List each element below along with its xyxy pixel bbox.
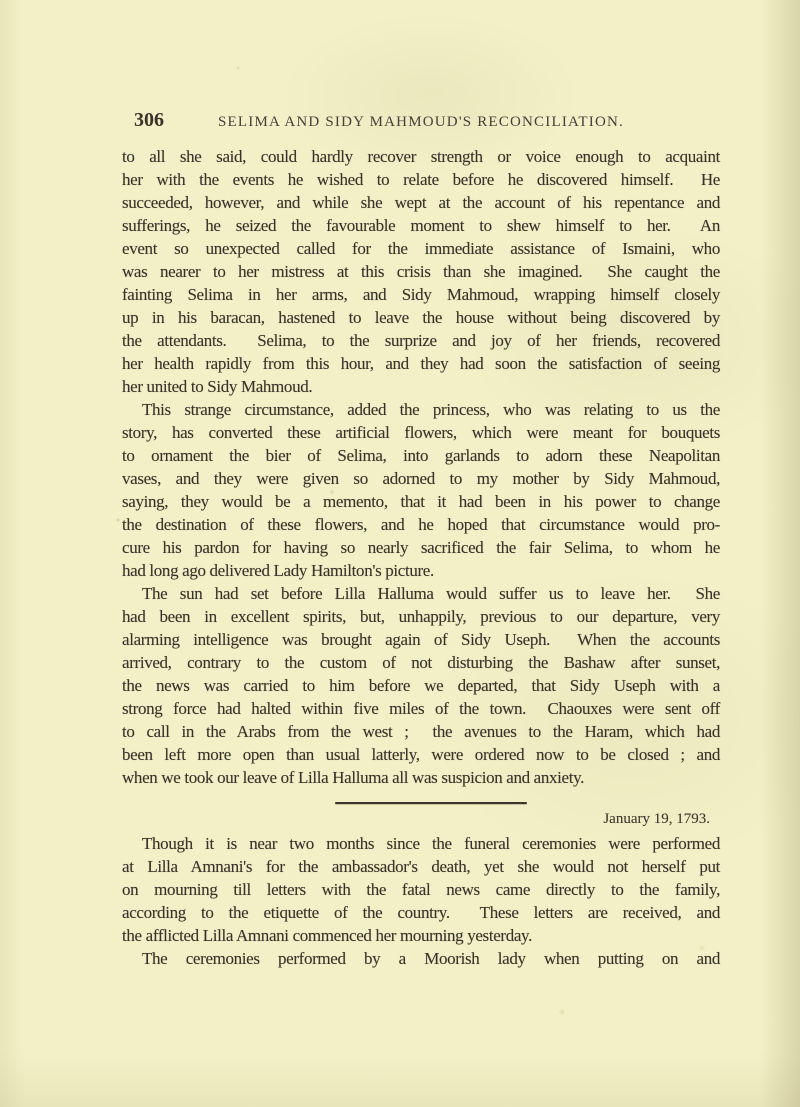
text-line: to call in the Arabs from the west ; the…	[122, 720, 720, 743]
text-line: Though it is near two months since the f…	[122, 832, 720, 855]
page-header: 306 SELIMA AND SIDY MAHMOUD'S RECONCILIA…	[122, 110, 720, 132]
body-text-lower: Though it is near two months since the f…	[122, 832, 720, 970]
text-line: at Lilla Amnani's for the ambassador's d…	[122, 855, 720, 878]
text-line: on mourning till letters with the fatal …	[122, 878, 720, 901]
section-divider-rule	[335, 802, 527, 804]
text-line: the destination of these flowers, and he…	[122, 513, 720, 536]
text-line: alarming intelligence was brought again …	[122, 628, 720, 651]
paragraph: to all she said, could hardly recover st…	[122, 145, 720, 398]
text-line: had been in excellent spirits, but, unha…	[122, 605, 720, 628]
running-header-title: SELIMA AND SIDY MAHMOUD'S RECONCILIATION…	[122, 110, 720, 130]
text-line: to all she said, could hardly recover st…	[122, 145, 720, 168]
text-line: succeeded, however, and while she wept a…	[122, 191, 720, 214]
text-line: arrived, contrary to the custom of not d…	[122, 651, 720, 674]
paragraph: This strange circumstance, added the pri…	[122, 398, 720, 582]
text-line: strong force had halted within five mile…	[122, 697, 720, 720]
paragraph: Though it is near two months since the f…	[122, 832, 720, 947]
text-line: event so unexpected called for the immed…	[122, 237, 720, 260]
text-line: when we took our leave of Lilla Halluma …	[122, 766, 720, 789]
text-line: This strange circumstance, added the pri…	[122, 398, 720, 421]
text-line: the attendants. Selima, to the surprize …	[122, 329, 720, 352]
text-line: sufferings, he seized the favourable mom…	[122, 214, 720, 237]
date-line: January 19, 1793.	[122, 812, 720, 827]
text-line: had long ago delivered Lady Hamilton's p…	[122, 559, 720, 582]
text-line: fainting Selima in her arms, and Sidy Ma…	[122, 283, 720, 306]
text-line: the news was carried to him before we de…	[122, 674, 720, 697]
paragraph: The ceremonies performed by a Moorish la…	[122, 947, 720, 970]
text-line: according to the etiquette of the countr…	[122, 901, 720, 924]
text-line: cure his pardon for having so nearly sac…	[122, 536, 720, 559]
text-line: her with the events he wished to relate …	[122, 168, 720, 191]
page-number: 306	[134, 110, 164, 130]
text-line: to ornament the bier of Selima, into gar…	[122, 444, 720, 467]
text-line: up in his baracan, hastened to leave the…	[122, 306, 720, 329]
book-page: 306 SELIMA AND SIDY MAHMOUD'S RECONCILIA…	[0, 0, 800, 1107]
text-line: vases, and they were given so adorned to…	[122, 467, 720, 490]
body-text-upper: to all she said, could hardly recover st…	[122, 145, 720, 789]
paragraph: The sun had set before Lilla Halluma wou…	[122, 582, 720, 789]
text-line: the afflicted Lilla Amnani commenced her…	[122, 924, 720, 947]
text-line: The sun had set before Lilla Halluma wou…	[122, 582, 720, 605]
text-line: The ceremonies performed by a Moorish la…	[122, 947, 720, 970]
text-line: story, has converted these artificial fl…	[122, 421, 720, 444]
text-line: her united to Sidy Mahmoud.	[122, 375, 720, 398]
text-line: saying, they would be a memento, that it…	[122, 490, 720, 513]
text-line: was nearer to her mistress at this crisi…	[122, 260, 720, 283]
text-line: her health rapidly from this hour, and t…	[122, 352, 720, 375]
text-line: been left more open than usual latterly,…	[122, 743, 720, 766]
